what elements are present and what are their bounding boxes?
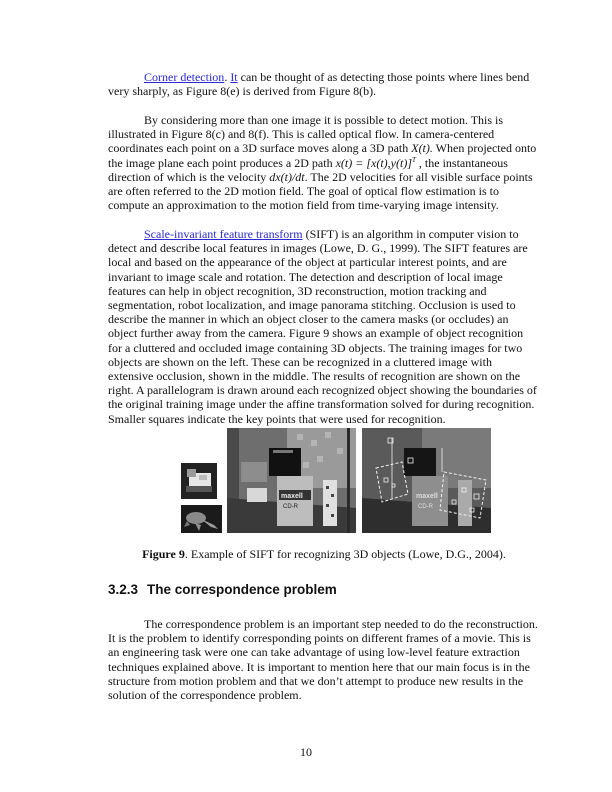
sift-link[interactable]: Scale-invariant feature transform bbox=[144, 227, 303, 241]
svg-text:CD-R: CD-R bbox=[283, 504, 299, 510]
svg-text:CD-R: CD-R bbox=[418, 504, 434, 510]
figure-9-caption: Figure 9. Example of SIFT for recognizin… bbox=[108, 547, 540, 561]
paragraph-optical-flow: By considering more than one image it is… bbox=[108, 113, 540, 212]
paragraph-corner-detection: Corner detection. It can be thought of a… bbox=[108, 70, 540, 98]
section-heading: 3.2.3The correspondence problem bbox=[108, 582, 337, 598]
paragraph-sift: Scale-invariant feature transform (SIFT)… bbox=[108, 227, 540, 426]
section-number: 3.2.3 bbox=[108, 582, 147, 598]
training-image-frog bbox=[181, 505, 222, 533]
page-number: 10 bbox=[0, 745, 612, 760]
section-title: The correspondence problem bbox=[147, 582, 337, 597]
corner-detection-link[interactable]: Corner detection bbox=[144, 70, 224, 84]
training-image-bulldozer bbox=[181, 463, 217, 499]
document-page: Corner detection. It can be thought of a… bbox=[0, 0, 612, 792]
math-X-of-t: X(t). bbox=[411, 141, 433, 155]
figure-label: Figure 9 bbox=[142, 547, 185, 561]
math-2d-path: x(t) = [x(t),y(t)] bbox=[336, 156, 412, 170]
paragraph-correspondence: The correspondence problem is an importa… bbox=[108, 617, 540, 702]
svg-text:maxell: maxell bbox=[416, 493, 438, 500]
svg-text:maxell: maxell bbox=[281, 493, 303, 500]
math-velocity: dx(t)/dt bbox=[269, 170, 304, 184]
recognition-result-image: maxell CD-R bbox=[362, 428, 491, 533]
it-link[interactable]: It bbox=[230, 70, 237, 84]
cluttered-scene-image: maxell CD-R bbox=[227, 428, 356, 533]
